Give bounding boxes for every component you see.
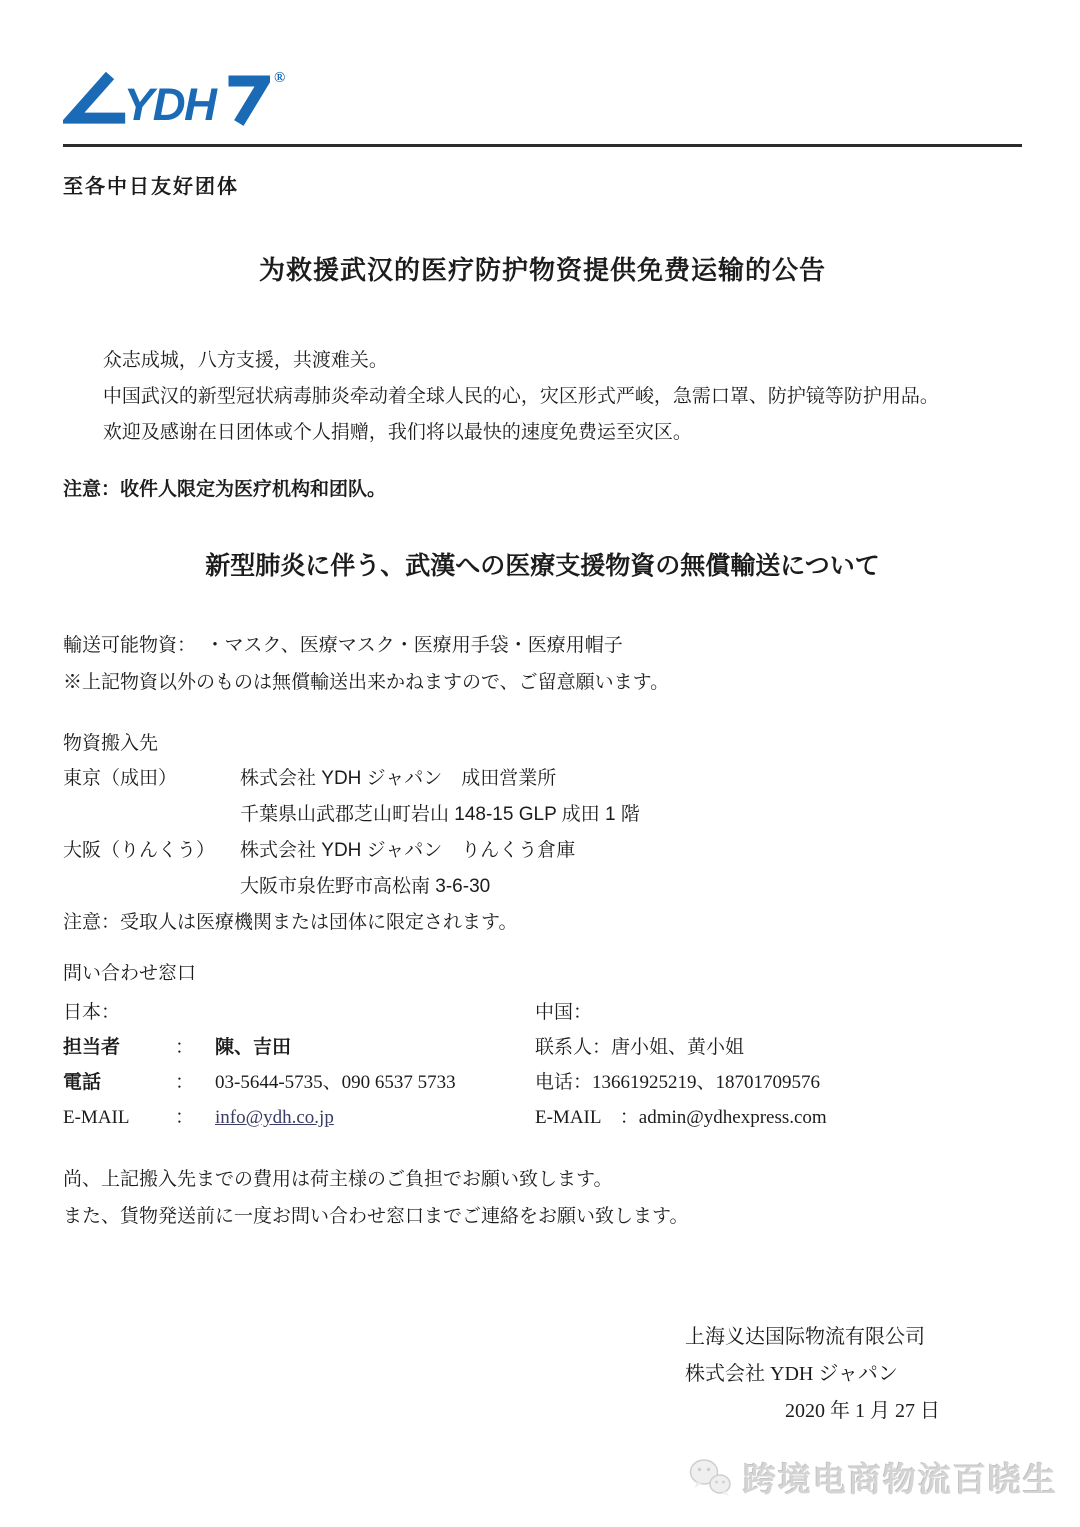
delivery-place: 大阪（りんくう） — [63, 833, 240, 869]
supplies-note: ※上記物資以外のものは無償輸送出来かねますので、ご留意願います。 — [63, 664, 1022, 701]
svg-text:YDH: YDH — [124, 79, 218, 130]
delivery-name: 株式会社 YDH ジャパン りんくう倉庫 — [240, 833, 1022, 869]
salutation: 至各中日友好团体 — [63, 173, 1022, 201]
paragraph: 欢迎及感谢在日团体或个人捐赠，我们将以最快的速度免费运至灾区。 — [63, 415, 1022, 451]
delivery-address: 千葉県山武郡芝山町岩山 148-15 GLP 成田 1 階 — [240, 797, 1022, 833]
delivery-row: 大阪（りんくう） 株式会社 YDH ジャパン りんくう倉庫 — [63, 833, 1022, 869]
closing-paragraph: 尚、上記搬入先までの費用は荷主様のご負担でお願い致します。 — [63, 1161, 1022, 1198]
delivery-note: 注意：受取人は医療機関または団体に限定されます。 — [63, 905, 1022, 941]
contact-label: 担当者 — [63, 1030, 175, 1065]
supplies-line: 輸送可能物資： ・マスク、医療マスク・医療用手袋・医療用帽子 — [63, 627, 1022, 664]
announcement-title-cn: 为救援武汉的医疗防护物资提供免费运输的公告 — [63, 253, 1022, 287]
signature-block: 上海义达国际物流有限公司 株式会社 YDH ジャパン 2020 年 1 月 27… — [685, 1319, 1022, 1430]
header-divider — [63, 144, 1022, 147]
watermark: 跨境电商物流百晓生 — [687, 1454, 1058, 1501]
delivery-name: 株式会社 YDH ジャパン 成田営業所 — [240, 761, 1022, 797]
delivery-place: 東京（成田） — [63, 761, 240, 797]
paragraph: 众志成城，八方支援，共渡难关。 — [63, 343, 1022, 379]
delivery-table: 東京（成田） 株式会社 YDH ジャパン 成田営業所 千葉県山武郡芝山町岩山 1… — [63, 761, 1022, 941]
contact-label: E-MAIL — [63, 1100, 175, 1135]
email-link-japan[interactable]: info@ydh.co.jp — [215, 1100, 535, 1135]
signature-date: 2020 年 1 月 27 日 — [785, 1393, 1022, 1430]
closing-paragraph: また、貨物発送前に一度お問い合わせ窓口までご連絡をお願い致します。 — [63, 1198, 1022, 1235]
company-name-jp: 株式会社 YDH ジャパン — [685, 1356, 1022, 1393]
ydh-logo: YDH ® — [63, 72, 1022, 134]
china-contact-line: 电话：13661925219、18701709576 — [535, 1065, 1022, 1100]
contact-colon: ： — [175, 1030, 215, 1065]
contact-label: 電話 — [63, 1065, 175, 1100]
announcement-title-jp: 新型肺炎に伴う、武漢への医療支援物資の無償輸送について — [63, 549, 1022, 583]
delivery-row: 大阪市泉佐野市高松南 3-6-30 — [63, 869, 1022, 905]
contact-row: E-MAIL ： info@ydh.co.jp — [63, 1100, 535, 1135]
wechat-icon — [687, 1457, 733, 1499]
contact-row: 担当者 ： 陳、吉田 — [63, 1030, 535, 1065]
china-contact-column: 中国： 联系人：唐小姐、黄小姐 电话：13661925219、187017095… — [535, 995, 1022, 1135]
registered-mark: ® — [274, 70, 285, 87]
contact-colon: ： — [175, 1065, 215, 1100]
contact-value: 03-5644-5735、090 6537 5733 — [215, 1065, 535, 1100]
region-label-china: 中国： — [535, 995, 1022, 1030]
paragraph: 中国武汉的新型冠状病毒肺炎牵动着全球人民的心，灾区形式严峻，急需口罩、防护镜等防… — [63, 379, 1022, 415]
delivery-row: 東京（成田） 株式会社 YDH ジャパン 成田営業所 — [63, 761, 1022, 797]
document-page: YDH ® 至各中日友好团体 为救援武汉的医疗防护物资提供免费运输的公告 众志成… — [0, 0, 1080, 1527]
contact-row: 電話 ： 03-5644-5735、090 6537 5733 — [63, 1065, 535, 1100]
contact-value: 陳、吉田 — [215, 1030, 535, 1065]
japan-contact-column: 日本： 担当者 ： 陳、吉田 電話 ： 03-5644-5735、090 653… — [63, 995, 535, 1135]
contact-columns: 日本： 担当者 ： 陳、吉田 電話 ： 03-5644-5735、090 653… — [63, 995, 1022, 1135]
supplies-section: 輸送可能物資： ・マスク、医療マスク・医療用手袋・医療用帽子 ※上記物資以外のも… — [63, 627, 1022, 701]
delivery-place-spacer — [63, 797, 240, 833]
delivery-address: 大阪市泉佐野市高松南 3-6-30 — [240, 869, 1022, 905]
china-contact-line: E-MAIL ：admin@ydhexpress.com — [535, 1100, 1022, 1135]
closing-section: 尚、上記搬入先までの費用は荷主様のご負担でお願い致します。 また、貨物発送前に一… — [63, 1161, 1022, 1235]
delivery-place-spacer — [63, 869, 240, 905]
company-name-cn: 上海义达国际物流有限公司 — [685, 1319, 1022, 1356]
region-label-japan: 日本： — [63, 995, 535, 1030]
announcement-body-cn: 众志成城，八方支援，共渡难关。 中国武汉的新型冠状病毒肺炎牵动着全球人民的心，灾… — [63, 343, 1022, 451]
delivery-heading: 物資搬入先 — [63, 729, 1022, 759]
watermark-text: 跨境电商物流百晓生 — [743, 1454, 1058, 1501]
contact-colon: ： — [175, 1100, 215, 1135]
note-cn: 注意：收件人限定为医疗机构和团队。 — [63, 475, 1022, 505]
delivery-row: 千葉県山武郡芝山町岩山 148-15 GLP 成田 1 階 — [63, 797, 1022, 833]
ydh-logo-mark: YDH — [63, 72, 270, 134]
contact-heading: 問い合わせ窓口 — [63, 959, 1022, 989]
china-contact-line: 联系人：唐小姐、黄小姐 — [535, 1030, 1022, 1065]
